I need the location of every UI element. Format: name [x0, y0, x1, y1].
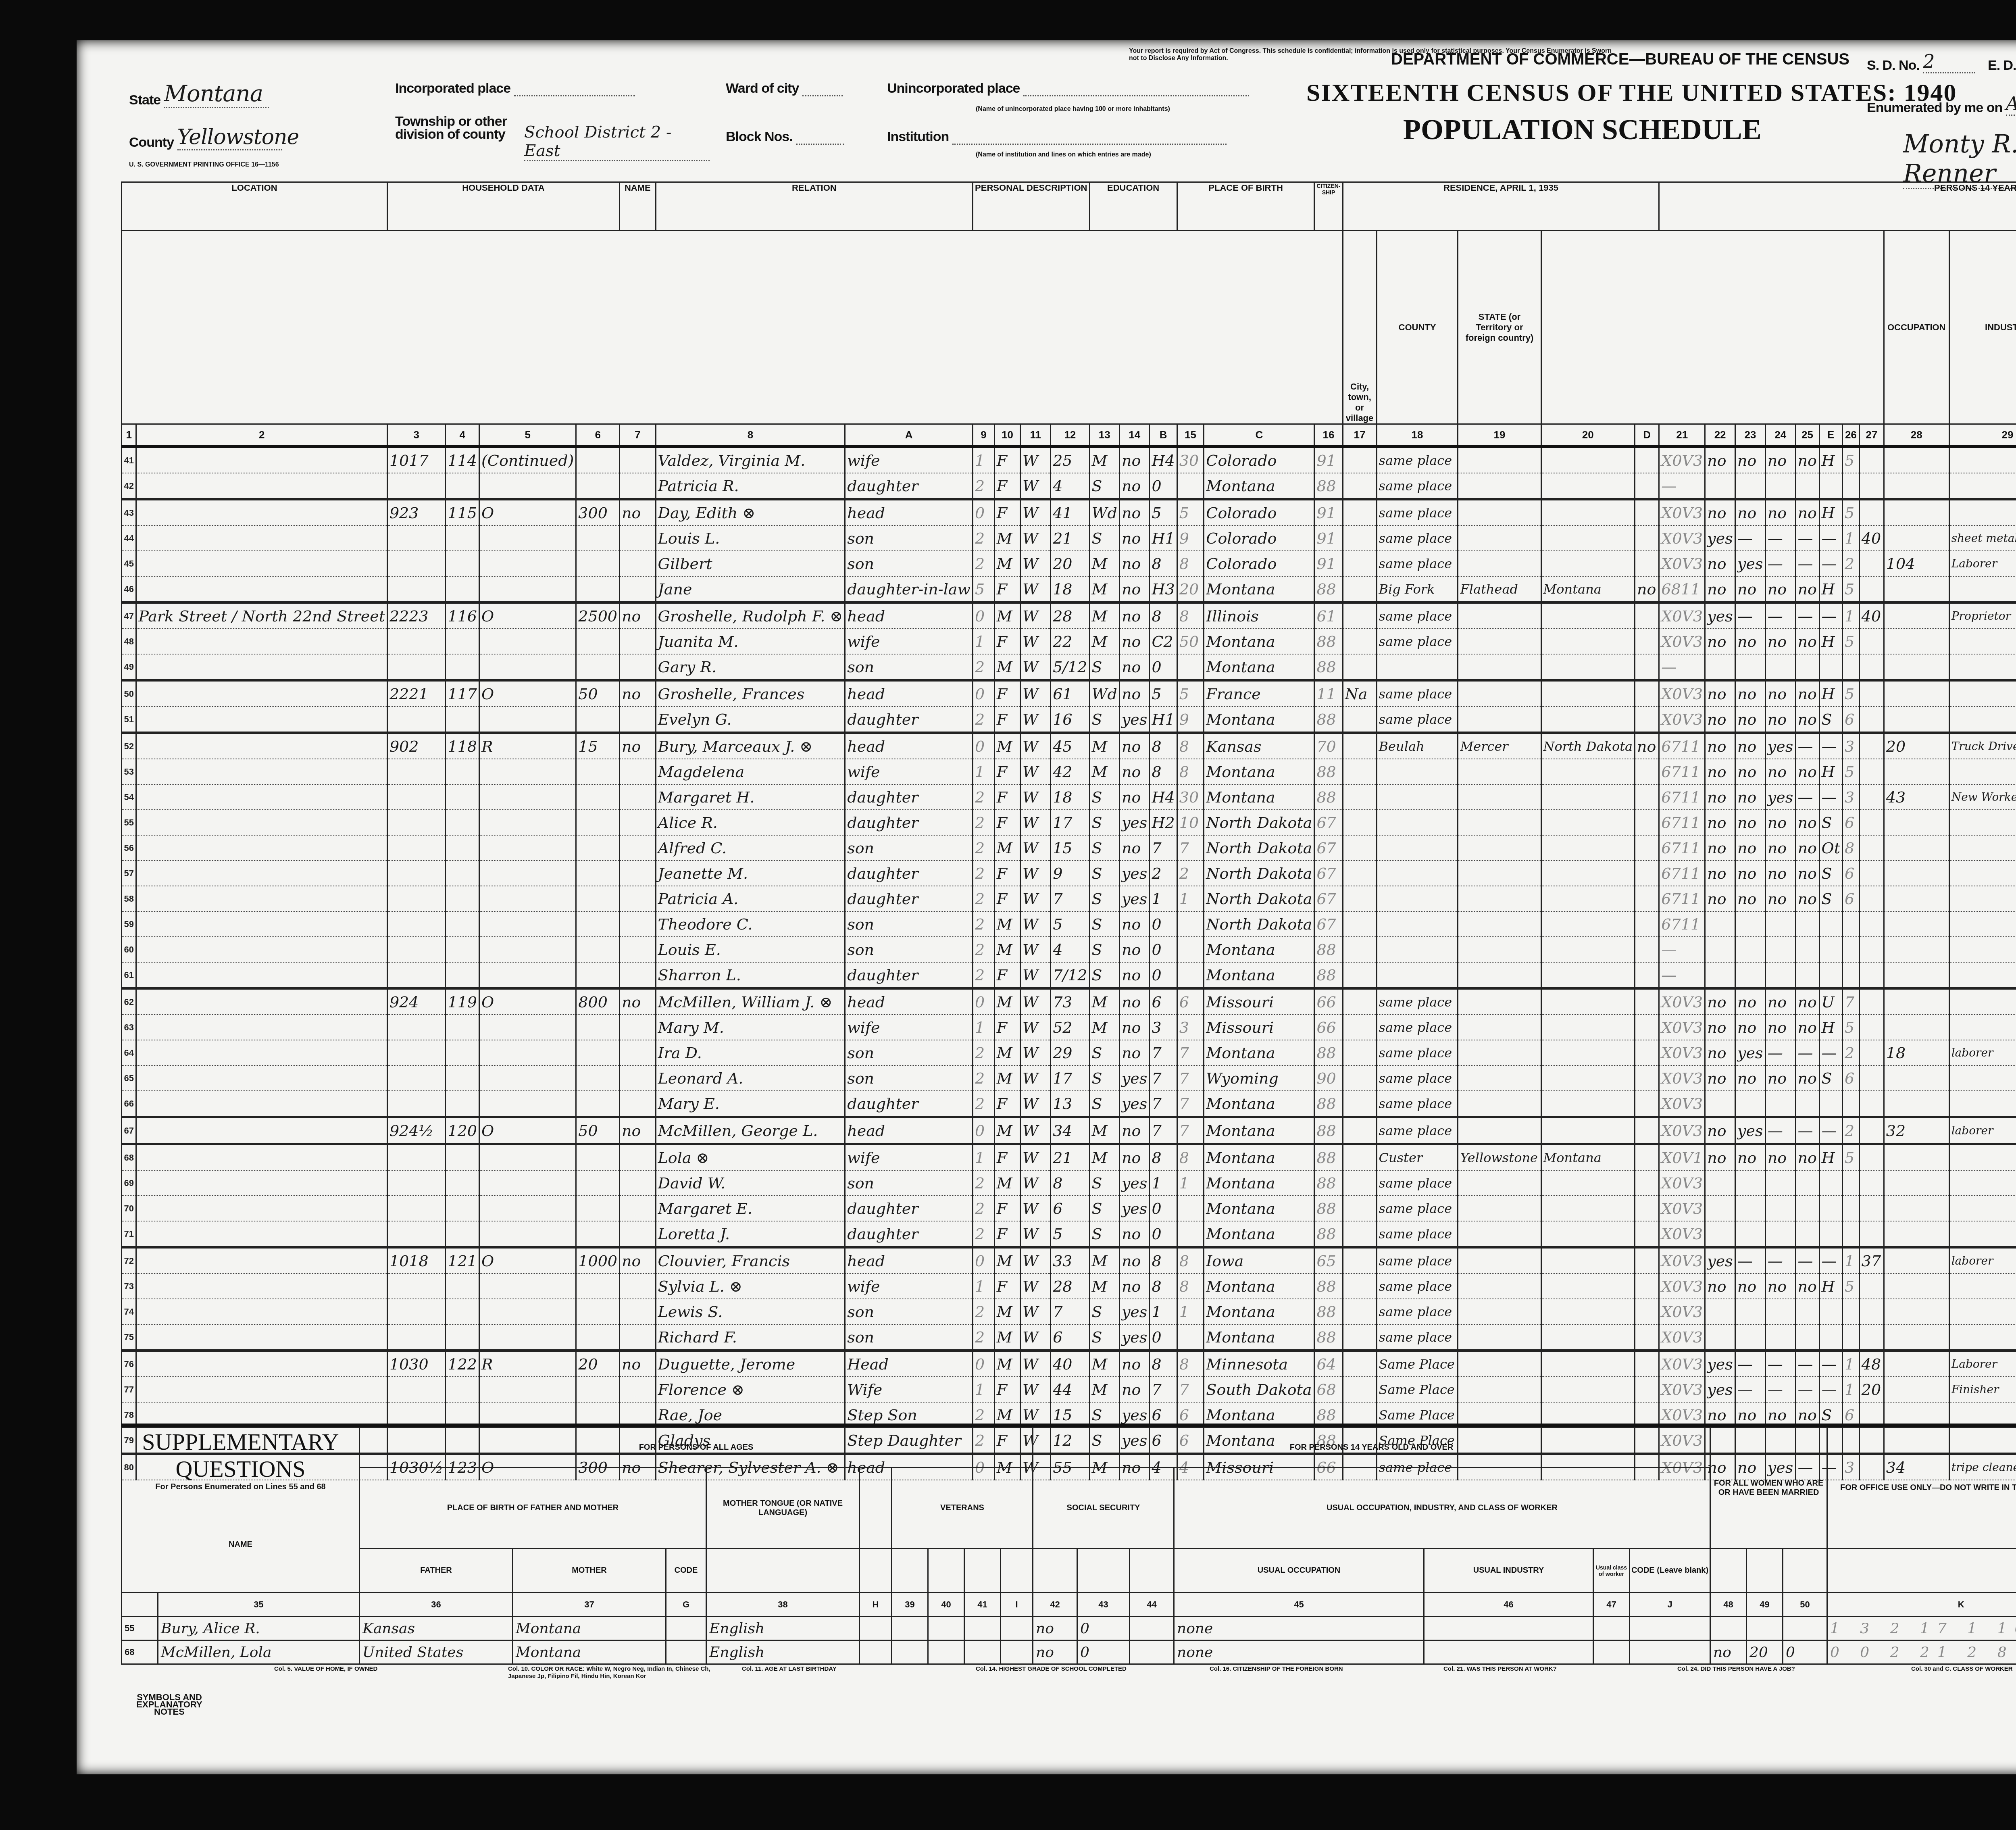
cell-res-county [1458, 1015, 1541, 1040]
cell-c26 [1859, 1117, 1884, 1144]
table-row: 55Alice R.daughter2FW17SyesH210North Dak… [122, 810, 2016, 835]
cell-grade: 8 [1150, 1273, 1177, 1299]
cell-race: W [1020, 962, 1051, 988]
cell-own: O [479, 1117, 576, 1144]
cell-code-d: X0V3 [1659, 1196, 1705, 1221]
cell-code-e [1842, 473, 1859, 499]
cell-sex: F [994, 499, 1020, 525]
cell-line: 41 [122, 446, 136, 473]
cell-age: 5 [1051, 911, 1089, 937]
cell-value [576, 1065, 620, 1091]
supp-column-number: 47 [1593, 1593, 1630, 1617]
cell-school: no [1119, 1117, 1149, 1144]
table-row: 53Magdelenawife1FW42Mno88Montana886711no… [122, 759, 2016, 784]
cell-hh: 114 [446, 446, 479, 473]
table-row: 67924½120O50noMcMillen, George L.head0MW… [122, 1117, 2016, 1144]
cell-house: 2221 [387, 680, 446, 707]
cell-occupation: laborer [1949, 1117, 2016, 1144]
cell-farm: no [620, 680, 656, 707]
cell-code-c: 88 [1314, 1273, 1343, 1299]
cell-c27 [1884, 602, 1949, 629]
cell-c21: no [1705, 1015, 1735, 1040]
cell-c21: no [1705, 1117, 1735, 1144]
cell-marital: S [1089, 861, 1119, 886]
cell-marital: M [1089, 1144, 1119, 1170]
cell-c26 [1859, 759, 1884, 784]
cell-code-a: 1 [973, 1273, 995, 1299]
cell-res-city: same place [1377, 499, 1458, 525]
cell-sex: M [994, 1040, 1020, 1065]
cell-res-city: same place [1377, 988, 1458, 1015]
cell-citizen [1343, 1170, 1377, 1196]
cell-code-c: 88 [1314, 759, 1343, 784]
cell-house [387, 1144, 446, 1170]
cell-marital: S [1089, 1299, 1119, 1324]
cell-res-state [1541, 473, 1635, 499]
cell-street [136, 835, 387, 861]
table-row: 45Gilbertson2MW20Mno88Colorado91same pla… [122, 551, 2016, 576]
cell-code-a: 1 [973, 759, 995, 784]
cell-grade: 1 [1150, 1170, 1177, 1196]
note-column: Col. 30 and C. CLASS OF WORKER [1911, 1665, 2016, 1673]
column-number: 25 [1795, 424, 1819, 447]
sd-value: 2 [1923, 50, 1975, 73]
cell-house: 1030 [387, 1351, 446, 1377]
cell-res-farm [1635, 835, 1659, 861]
supp-header-name: NAME [123, 1540, 358, 1549]
supp-cell-name: McMillen, Lola [158, 1640, 360, 1664]
cell-c22: yes [1735, 551, 1765, 576]
cell-house: 924 [387, 988, 446, 1015]
cell-relation: daughter [845, 784, 973, 810]
cell-value [576, 473, 620, 499]
table-row: 42Patricia R.daughter2FW4Sno0Montana88sa… [122, 473, 2016, 499]
cell-house [387, 937, 446, 962]
cell-line: 71 [122, 1221, 136, 1247]
cell-race: W [1020, 654, 1051, 680]
cell-marital: M [1089, 1377, 1119, 1402]
institution-note: (Name of institution and lines on which … [976, 151, 1151, 158]
supp-cell-39 [892, 1617, 928, 1640]
supp-cell-c42: no [1033, 1617, 1077, 1640]
cell-res-farm [1635, 525, 1659, 551]
cell-c21: no [1705, 886, 1735, 911]
cell-street [136, 886, 387, 911]
cell-code-c: 88 [1314, 707, 1343, 733]
cell-occupation [1949, 835, 2016, 861]
cell-hh [446, 1040, 479, 1065]
cell-sex: F [994, 576, 1020, 602]
cell-occupation [1949, 861, 2016, 886]
cell-c24: no [1795, 1065, 1819, 1091]
cell-res-county [1458, 810, 1541, 835]
cell-res-state [1541, 835, 1635, 861]
cell-value [576, 911, 620, 937]
supp-header-code: CODE (Leave blank) [1630, 1549, 1710, 1593]
cell-age: 42 [1051, 759, 1089, 784]
cell-res-county [1458, 962, 1541, 988]
cell-own [479, 629, 576, 654]
enumerator-signature: Monty R. Renner [1903, 129, 2016, 189]
cell-race: W [1020, 1117, 1051, 1144]
cell-farm [620, 911, 656, 937]
cell-school: yes [1119, 1196, 1149, 1221]
cell-res-city: same place [1377, 1015, 1458, 1040]
cell-c23: no [1765, 810, 1795, 835]
cell-c23: no [1765, 1015, 1795, 1040]
group-location: LOCATION [122, 182, 387, 231]
column-number: 29 [1949, 424, 2016, 447]
cell-res-city: same place [1377, 551, 1458, 576]
supp-group-women: FOR ALL WOMEN WHO ARE OR HAVE BEEN MARRI… [1710, 1428, 1827, 1549]
cell-name: Gilbert [656, 551, 845, 576]
supp-cell-40 [928, 1640, 964, 1664]
cell-c27: 20 [1884, 733, 1949, 759]
cell-c22: — [1735, 1377, 1765, 1402]
cell-code-a: 2 [973, 1040, 995, 1065]
cell-name: Theodore C. [656, 911, 845, 937]
cell-res-county [1458, 1040, 1541, 1065]
cell-c24: — [1795, 1117, 1819, 1144]
cell-res-city: same place [1377, 1117, 1458, 1144]
cell-code-c: 70 [1314, 733, 1343, 759]
cell-grade: 8 [1150, 1351, 1177, 1377]
cell-farm [620, 1091, 656, 1117]
cell-race: W [1020, 680, 1051, 707]
cell-value [576, 835, 620, 861]
cell-age: 29 [1051, 1040, 1089, 1065]
cell-school: yes [1119, 886, 1149, 911]
cell-name: Mary E. [656, 1091, 845, 1117]
cell-code-d: X0V1 [1659, 1144, 1705, 1170]
cell-sex: F [994, 886, 1020, 911]
cell-c24: — [1795, 551, 1819, 576]
cell-c22: no [1735, 759, 1765, 784]
cell-relation: head [845, 1247, 973, 1273]
cell-birthplace: Illinois [1204, 602, 1314, 629]
cell-marital: M [1089, 733, 1119, 759]
cell-res-farm [1635, 1351, 1659, 1377]
cell-c26 [1859, 988, 1884, 1015]
cell-c24 [1795, 1324, 1819, 1351]
cell-school: no [1119, 911, 1149, 937]
cell-code-c: 88 [1314, 1324, 1343, 1351]
cell-c27 [1884, 835, 1949, 861]
cell-relation: wife [845, 1144, 973, 1170]
cell-code-a: 2 [973, 707, 995, 733]
cell-c27 [1884, 1015, 1949, 1040]
cell-relation: daughter [845, 1091, 973, 1117]
cell-relation: daughter [845, 1196, 973, 1221]
cell-c27 [1884, 1170, 1949, 1196]
cell-c23: no [1765, 1065, 1795, 1091]
cell-sex: M [994, 911, 1020, 937]
cell-c27 [1884, 1091, 1949, 1117]
cell-code-a: 0 [973, 680, 995, 707]
cell-hh: 119 [446, 988, 479, 1015]
cell-c24 [1795, 962, 1819, 988]
group-employment: PERSONS 14 YEARS OLD AND OVER—EMPLOYMENT… [1659, 182, 2016, 231]
cell-name: Louis E. [656, 937, 845, 962]
cell-res-farm [1635, 499, 1659, 525]
cell-res-city: Big Fork [1377, 576, 1458, 602]
supp-column-number: 50 [1783, 1593, 1827, 1617]
cell-marital: Wd [1089, 680, 1119, 707]
column-number-row: 12345678A91011121314B15C1617181920D21222… [122, 424, 2016, 447]
cell-citizen [1343, 1196, 1377, 1221]
county-field: County Yellowstone [129, 125, 282, 150]
supp-header-veterans: VETERANS [892, 1468, 1033, 1549]
cell-value: 300 [576, 499, 620, 525]
cell-c23: — [1765, 551, 1795, 576]
note-column: Col. 21. WAS THIS PERSON AT WORK? [1443, 1665, 1653, 1673]
cell-occupation [1949, 499, 2016, 525]
cell-hh [446, 1221, 479, 1247]
cell-c26 [1859, 1170, 1884, 1196]
cell-code-a: 2 [973, 962, 995, 988]
cell-code-b: 7 [1177, 1117, 1204, 1144]
cell-birthplace: Montana [1204, 1324, 1314, 1351]
cell-sex: M [994, 733, 1020, 759]
cell-birthplace: Montana [1204, 1273, 1314, 1299]
cell-farm: no [620, 1117, 656, 1144]
unincorporated-place-field: Unincorporated place [887, 81, 1249, 96]
cell-sex: F [994, 810, 1020, 835]
cell-res-county [1458, 835, 1541, 861]
cell-marital: M [1089, 759, 1119, 784]
cell-code-e [1842, 911, 1859, 937]
cell-relation: head [845, 499, 973, 525]
column-number: 21 [1659, 424, 1705, 447]
ed-field: E. D. No. 56-16A [1988, 50, 2016, 73]
cell-code-a: 1 [973, 1015, 995, 1040]
cell-code-b: 9 [1177, 525, 1204, 551]
cell-code-a: 0 [973, 602, 995, 629]
cell-street [136, 861, 387, 886]
cell-res-city: same place [1377, 1273, 1458, 1299]
cell-value [576, 1324, 620, 1351]
cell-marital: M [1089, 551, 1119, 576]
cell-res-city: same place [1377, 1170, 1458, 1196]
cell-name: Clouvier, Francis [656, 1247, 845, 1273]
cell-grade: H3 [1150, 576, 1177, 602]
supp-cell-c43: 0 [1077, 1617, 1130, 1640]
cell-occupation [1949, 446, 2016, 473]
supp-cell-tongue: English [706, 1617, 860, 1640]
column-number: 9 [973, 424, 995, 447]
cell-res-state [1541, 911, 1635, 937]
cell-school: yes [1119, 1324, 1149, 1351]
cell-value [576, 1144, 620, 1170]
cell-code-a: 2 [973, 1221, 995, 1247]
cell-marital: S [1089, 911, 1119, 937]
cell-value [576, 937, 620, 962]
cell-occupation [1949, 1170, 2016, 1196]
cell-line: 54 [122, 784, 136, 810]
cell-farm [620, 1144, 656, 1170]
cell-c24: no [1795, 707, 1819, 733]
cell-code-d: X0V3 [1659, 1170, 1705, 1196]
cell-age: 7/12 [1051, 962, 1089, 988]
cell-line: 60 [122, 937, 136, 962]
cell-c25: H [1819, 1273, 1842, 1299]
cell-c24: no [1795, 629, 1819, 654]
cell-occupation: laborer [1949, 1247, 2016, 1273]
cell-occupation [1949, 1065, 2016, 1091]
cell-res-county [1458, 1377, 1541, 1402]
cell-line: 50 [122, 680, 136, 707]
cell-house [387, 1015, 446, 1040]
cell-relation: Head [845, 1351, 973, 1377]
cell-c23: no [1765, 861, 1795, 886]
cell-code-d: X0V3 [1659, 1040, 1705, 1065]
cell-grade: 7 [1150, 1091, 1177, 1117]
cell-res-city: Same Place [1377, 1377, 1458, 1402]
cell-res-farm [1635, 861, 1659, 886]
cell-farm [620, 784, 656, 810]
cell-c24 [1795, 1091, 1819, 1117]
cell-citizen [1343, 1040, 1377, 1065]
cell-c21: no [1705, 733, 1735, 759]
cell-sex: M [994, 525, 1020, 551]
cell-street [136, 473, 387, 499]
supp-column-number: 43 [1077, 1593, 1130, 1617]
cell-c24 [1795, 654, 1819, 680]
cell-res-state [1541, 886, 1635, 911]
cell-marital: M [1089, 1273, 1119, 1299]
cell-name: Groshelle, Rudolph F. ⊗ [656, 602, 845, 629]
cell-occupation [1949, 654, 2016, 680]
cell-c23: no [1765, 835, 1795, 861]
cell-birthplace: Wyoming [1204, 1065, 1314, 1091]
cell-citizen [1343, 499, 1377, 525]
cell-house [387, 551, 446, 576]
cell-res-county [1458, 1091, 1541, 1117]
cell-code-b: 20 [1177, 576, 1204, 602]
cell-c25: — [1819, 784, 1842, 810]
cell-line: 74 [122, 1299, 136, 1324]
cell-line: 69 [122, 1170, 136, 1196]
cell-street [136, 759, 387, 784]
cell-street [136, 1247, 387, 1273]
cell-res-county: Flathead [1458, 576, 1541, 602]
cell-name: Lewis S. [656, 1299, 845, 1324]
cell-code-e [1842, 1221, 1859, 1247]
cell-res-city [1377, 937, 1458, 962]
table-row: 75Richard F.son2MW6Syes0Montana88same pl… [122, 1324, 2016, 1351]
cell-name: Gary R. [656, 654, 845, 680]
cell-code-e: 6 [1842, 707, 1859, 733]
cell-code-b: 5 [1177, 680, 1204, 707]
supp-column-number: 42 [1033, 1593, 1077, 1617]
cell-code-e: 2 [1842, 1117, 1859, 1144]
cell-sex: M [994, 988, 1020, 1015]
cell-c22: no [1735, 499, 1765, 525]
cell-farm [620, 1273, 656, 1299]
group-relation: RELATION [656, 182, 973, 231]
cell-c27 [1884, 937, 1949, 962]
cell-occupation [1949, 680, 2016, 707]
cell-res-state [1541, 1040, 1635, 1065]
column-number: E [1819, 424, 1842, 447]
cell-c22 [1735, 654, 1765, 680]
supp-cell-c48: no [1710, 1640, 1747, 1664]
cell-code-b [1177, 937, 1204, 962]
cell-own [479, 861, 576, 886]
incorporated-place-field: Incorporated place [395, 81, 635, 96]
cell-code-c: 88 [1314, 629, 1343, 654]
cell-code-d: — [1659, 937, 1705, 962]
cell-c21: no [1705, 707, 1735, 733]
cell-own [479, 1273, 576, 1299]
cell-occupation: sheet metal worker [1949, 525, 2016, 551]
cell-code-e: 3 [1842, 733, 1859, 759]
cell-race: W [1020, 1299, 1051, 1324]
cell-c22: no [1735, 886, 1765, 911]
cell-res-state [1541, 784, 1635, 810]
cell-code-b: 1 [1177, 1299, 1204, 1324]
column-number: 7 [620, 424, 656, 447]
cell-c26 [1859, 1144, 1884, 1170]
cell-c21: no [1705, 551, 1735, 576]
cell-farm [620, 1170, 656, 1196]
cell-name: Magdelena [656, 759, 845, 784]
cell-res-city [1377, 784, 1458, 810]
cell-sex: M [994, 1299, 1020, 1324]
cell-res-county [1458, 1247, 1541, 1273]
cell-sex: F [994, 1196, 1020, 1221]
cell-line: 70 [122, 1196, 136, 1221]
cell-street [136, 1144, 387, 1170]
cell-c22 [1735, 1196, 1765, 1221]
cell-farm [620, 551, 656, 576]
column-number: C [1204, 424, 1314, 447]
cell-hh: 117 [446, 680, 479, 707]
cell-school: yes [1119, 1091, 1149, 1117]
cell-res-county [1458, 1196, 1541, 1221]
cell-res-state [1541, 1065, 1635, 1091]
cell-school: yes [1119, 707, 1149, 733]
cell-c26 [1859, 1091, 1884, 1117]
cell-res-county [1458, 1324, 1541, 1351]
cell-c26 [1859, 1196, 1884, 1221]
cell-house: 1018 [387, 1247, 446, 1273]
cell-occupation: laborer [1949, 1040, 2016, 1065]
cell-c25: S [1819, 707, 1842, 733]
cell-hh [446, 1144, 479, 1170]
cell-grade: 0 [1150, 911, 1177, 937]
cell-race: W [1020, 1247, 1051, 1273]
cell-school: no [1119, 1144, 1149, 1170]
cell-res-county [1458, 551, 1541, 576]
cell-occupation [1949, 988, 2016, 1015]
cell-code-d: X0V3 [1659, 551, 1705, 576]
cell-code-e: 5 [1842, 499, 1859, 525]
cell-grade: 6 [1150, 988, 1177, 1015]
cell-occupation [1949, 962, 2016, 988]
cell-c24: no [1795, 810, 1819, 835]
supp-cell-c43: 0 [1077, 1640, 1130, 1664]
cell-birthplace: Montana [1204, 1196, 1314, 1221]
cell-farm [620, 937, 656, 962]
cell-c26 [1859, 1065, 1884, 1091]
cell-res-farm [1635, 1144, 1659, 1170]
supp-header-usual-occupation: USUAL OCCUPATION [1174, 1549, 1424, 1593]
cell-c23 [1765, 911, 1795, 937]
cell-marital: M [1089, 1247, 1119, 1273]
cell-value [576, 551, 620, 576]
supplementary-title-cell: SUPPLEMENTARY QUESTIONS For Persons Enum… [122, 1428, 360, 1593]
